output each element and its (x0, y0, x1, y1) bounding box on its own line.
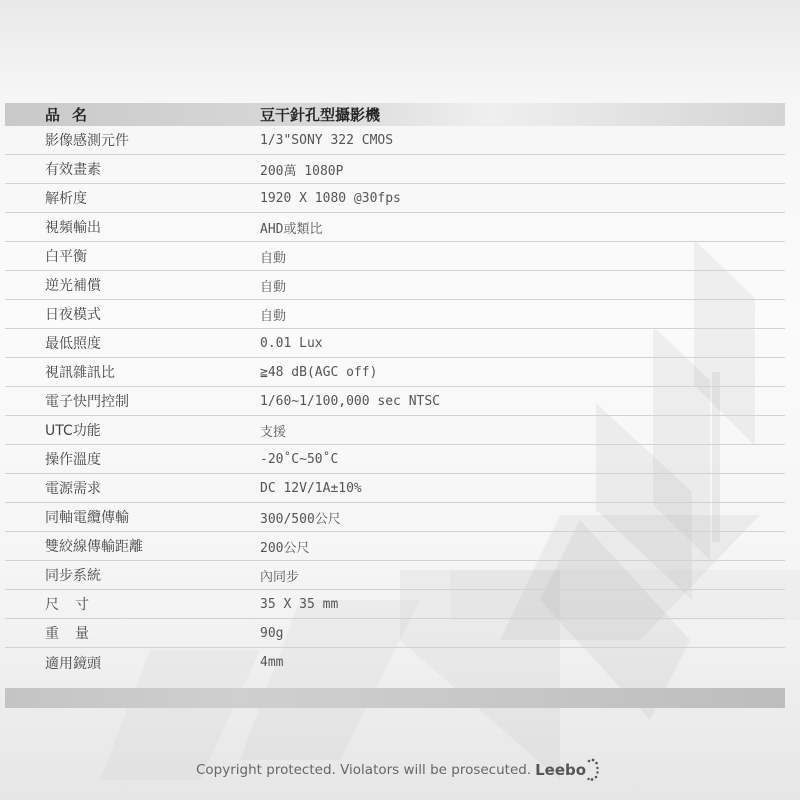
table-row: 重量90g (5, 619, 785, 648)
row-label: 雙絞線傳輸距離 (5, 536, 255, 556)
table-row: UTC功能支援 (5, 416, 785, 445)
table-footer-bar (5, 688, 785, 708)
row-label: 視訊雜訊比 (5, 362, 255, 382)
row-label: 同步系統 (5, 565, 255, 585)
row-label: 視頻輸出 (5, 217, 255, 237)
table-row: 操作溫度-20˚C~50˚C (5, 445, 785, 474)
brand-name: Leebo (535, 761, 586, 779)
table-row: 影像感測元件1/3"SONY 322 CMOS (5, 126, 785, 155)
row-value: 自動 (255, 305, 286, 324)
row-label: 影像感測元件 (5, 130, 255, 150)
table-row: 同軸電纜傳輸300/500公尺 (5, 503, 785, 532)
row-value: 1/3"SONY 322 CMOS (255, 133, 393, 148)
brand-logo: Leebo (535, 758, 599, 782)
row-value: -20˚C~50˚C (255, 452, 338, 467)
row-value: 90g (255, 626, 283, 641)
copyright-notice: Copyright protected. Violators will be p… (196, 758, 599, 782)
row-label: 電子快門控制 (5, 391, 255, 411)
row-value: 支援 (255, 421, 286, 440)
table-row: 適用鏡頭4mm (5, 648, 785, 677)
table-row: 電源需求DC 12V/1A±10% (5, 474, 785, 503)
row-label: 最低照度 (5, 333, 255, 353)
row-label: 重量 (5, 623, 255, 643)
table-row: 雙絞線傳輸距離200公尺 (5, 532, 785, 561)
product-name: 豆干針孔型攝影機 (255, 104, 380, 125)
row-value: 自動 (255, 276, 286, 295)
row-value: 內同步 (255, 566, 299, 585)
row-label: 同軸電纜傳輸 (5, 507, 255, 527)
table-row: 視頻輸出AHD或類比 (5, 213, 785, 242)
row-label: 逆光補償 (5, 275, 255, 295)
table-row: 有效畫素200萬 1080P (5, 155, 785, 184)
table-row: 白平衡自動 (5, 242, 785, 271)
row-label: 尺寸 (5, 594, 255, 614)
row-label: 白平衡 (5, 246, 255, 266)
table-row: 尺寸35 X 35 mm (5, 590, 785, 619)
row-label: 電源需求 (5, 478, 255, 498)
logo-dots-icon (587, 758, 599, 782)
row-value: 200公尺 (255, 537, 309, 556)
row-value: 4mm (255, 655, 283, 670)
table-row: 日夜模式自動 (5, 300, 785, 329)
row-value: DC 12V/1A±10% (255, 481, 362, 496)
row-value: AHD或類比 (255, 218, 322, 237)
table-row: 解析度1920 X 1080 @30fps (5, 184, 785, 213)
row-value: ≧48 dB(AGC off) (255, 365, 377, 380)
row-value: 35 X 35 mm (255, 597, 338, 612)
table-row: 逆光補償自動 (5, 271, 785, 300)
table-row: 同步系統內同步 (5, 561, 785, 590)
copyright-text: Copyright protected. Violators will be p… (196, 762, 531, 778)
spec-table: 品名 豆干針孔型攝影機 影像感測元件1/3"SONY 322 CMOS 有效畫素… (5, 103, 785, 677)
row-label: 操作溫度 (5, 449, 255, 469)
table-row: 最低照度0.01 Lux (5, 329, 785, 358)
table-row: 電子快門控制1/60~1/100,000 sec NTSC (5, 387, 785, 416)
row-value: 1/60~1/100,000 sec NTSC (255, 394, 440, 409)
spec-table-header: 品名 豆干針孔型攝影機 (5, 103, 785, 126)
row-value: 300/500公尺 (255, 508, 341, 527)
row-value: 0.01 Lux (255, 336, 323, 351)
row-label: 適用鏡頭 (5, 653, 255, 673)
row-label: UTC功能 (5, 420, 255, 440)
row-value: 200萬 1080P (255, 160, 343, 179)
row-label: 日夜模式 (5, 304, 255, 324)
header-label: 品名 (5, 104, 255, 125)
row-value: 自動 (255, 247, 286, 266)
row-value: 1920 X 1080 @30fps (255, 191, 401, 206)
row-label: 解析度 (5, 188, 255, 208)
table-row: 視訊雜訊比≧48 dB(AGC off) (5, 358, 785, 387)
row-label: 有效畫素 (5, 159, 255, 179)
